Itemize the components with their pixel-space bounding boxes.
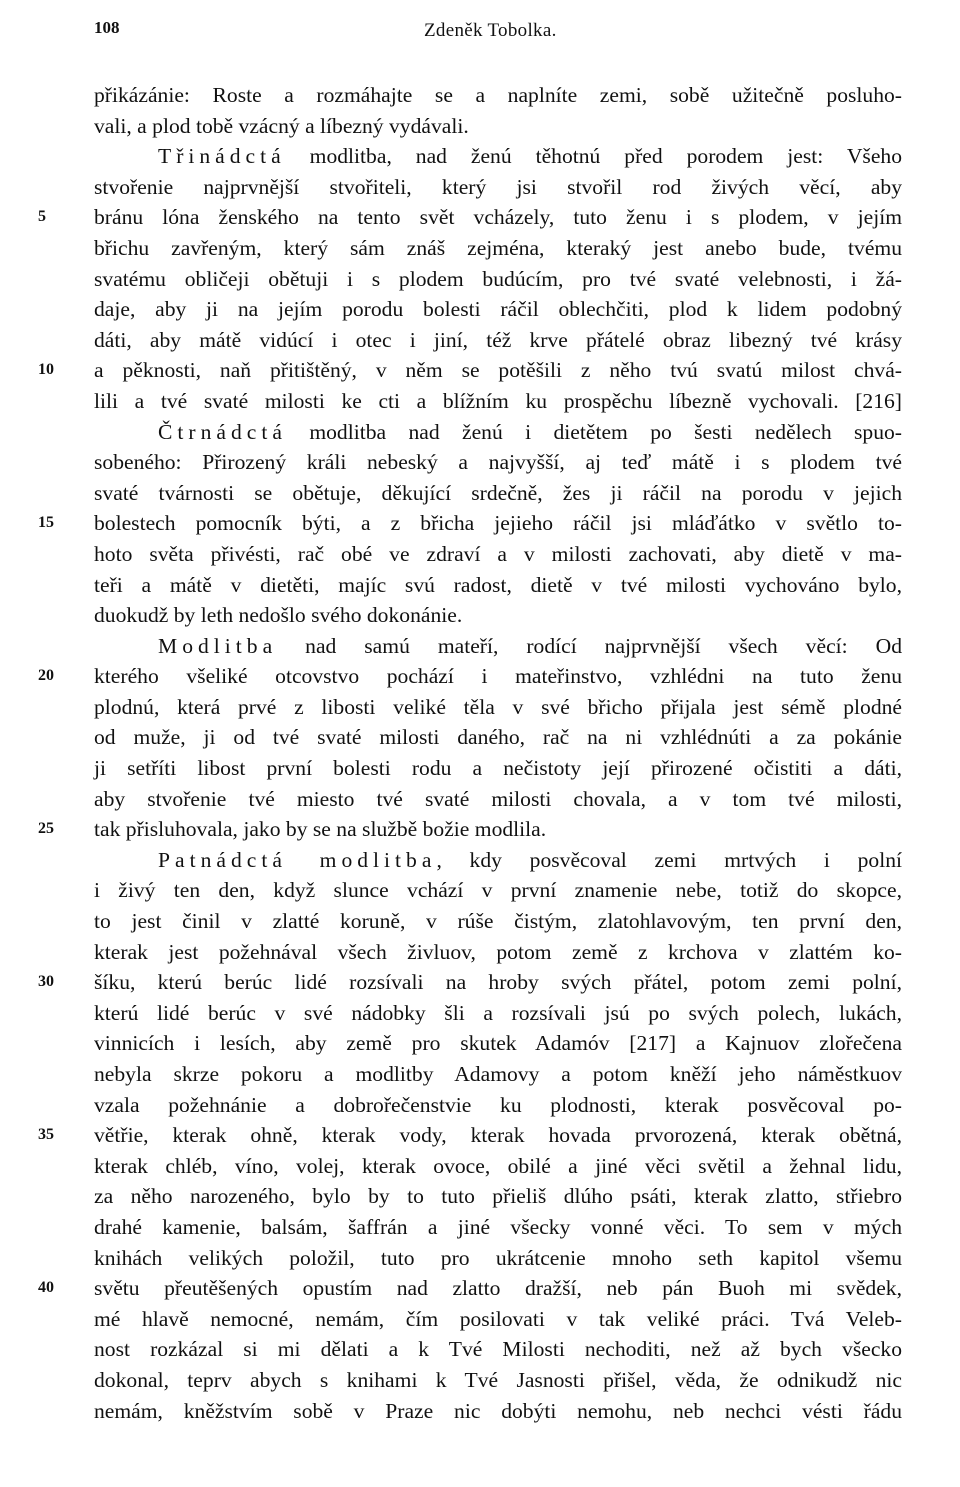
line-text: to jest činil v zlatté koruně, v rúše či… xyxy=(94,909,902,933)
line-number: 30 xyxy=(38,967,84,998)
line-text: i živý ten den, když slunce vchází v prv… xyxy=(94,878,902,902)
line-text: bránu lóna ženského na tento svět vcháze… xyxy=(94,205,902,229)
line-text: modlitba, nad ženú těhotnú před porodem … xyxy=(286,144,902,168)
line-text: drahé kamenie, balsám, šaffrán a jiné vš… xyxy=(94,1215,902,1239)
text-line: Čtrnádctá modlitba nad ženú i dietětem p… xyxy=(94,417,902,448)
text-line: vzala požehnánie a dobrořečenstvie ku pl… xyxy=(94,1090,902,1121)
line-text: hoto světa přivésti, rač obé ve zdraví a… xyxy=(94,542,902,566)
text-line: 10a pěknosti, naň přitištěný, v něm se p… xyxy=(94,355,902,386)
text-line: přikázánie: Roste a rozmáhajte se a napl… xyxy=(94,80,902,111)
line-text: tak přisluhovala, jako by se na službě b… xyxy=(94,817,546,841)
line-text: šíku, kterú berúc lidé rozsívali na hrob… xyxy=(94,970,902,994)
line-text: svaté tvárnosti se obětuje, děkující srd… xyxy=(94,481,902,505)
line-text: kterého všeliké otcovstvo pochází i mate… xyxy=(94,664,902,688)
line-text: lili a tvé svaté milosti ke cti a blížní… xyxy=(94,389,902,413)
text-line: ji setříti libost první bolesti rodu a n… xyxy=(94,753,902,784)
line-text: bolestech pomocník býti, a z břicha jeji… xyxy=(94,511,902,535)
line-text: aby stvořenie tvé miesto tvé svaté milos… xyxy=(94,787,902,811)
text-line: hoto světa přivésti, rač obé ve zdraví a… xyxy=(94,539,902,570)
text-line: aby stvořenie tvé miesto tvé svaté milos… xyxy=(94,784,902,815)
line-number: 10 xyxy=(38,355,84,386)
text-line: daje, aby ji na jejím porodu bolesti ráč… xyxy=(94,294,902,325)
text-line: sobeného: Přirozený králi nebeský a najv… xyxy=(94,447,902,478)
text-line: vinnicích i lesích, aby země pro skutek … xyxy=(94,1028,902,1059)
text-line: stvořenie najprvnější stvořiteli, který … xyxy=(94,172,902,203)
text-line: kterak jest požehnával všech živluov, po… xyxy=(94,937,902,968)
line-text: dáti, aby mátě vidúcí i otec i jiní, též… xyxy=(94,328,902,352)
text-line: nemám, kněžstvím sobě v Praze nic dobýti… xyxy=(94,1396,902,1427)
line-text: plodnú, která prvé z libosti veliké těla… xyxy=(94,695,902,719)
line-text: kterú lidé berúc v své nádobky šli a roz… xyxy=(94,1001,902,1025)
text-line: svatému obličeji obětuji i s plodem budú… xyxy=(94,264,902,295)
page-number: 108 xyxy=(94,18,120,38)
line-text: modlitba nad ženú i dietětem po šesti ne… xyxy=(287,420,902,444)
line-text: kterak chléb, víno, volej, kterak ovoce,… xyxy=(94,1154,902,1178)
line-text: nebyla skrze pokoru a modlitby Adamovy a… xyxy=(94,1062,902,1086)
line-text: dokonal, teprv abych s knihami k Tvé Jas… xyxy=(94,1368,902,1392)
text-line: teři a mátě v dietěti, majíc svú radost,… xyxy=(94,570,902,601)
line-text: vinnicích i lesích, aby země pro skutek … xyxy=(94,1031,902,1055)
text-line: Modlitba nad samú mateří, rodící najprvn… xyxy=(94,631,902,662)
spaced-heading: Čtrnádctá xyxy=(158,420,287,444)
running-head: Zdeněk Tobolka. xyxy=(424,20,557,42)
text-line: kterú lidé berúc v své nádobky šli a roz… xyxy=(94,998,902,1029)
text-line: knihách velikých položil, tuto pro ukrát… xyxy=(94,1243,902,1274)
text-line: nost rozkázal si mi dělati a k Tvé Milos… xyxy=(94,1334,902,1365)
text-line: Třinádctá modlitba, nad ženú těhotnú pře… xyxy=(94,141,902,172)
text-line: 5bránu lóna ženského na tento svět vcház… xyxy=(94,202,902,233)
line-text: knihách velikých položil, tuto pro ukrát… xyxy=(94,1246,902,1270)
text-line: nebyla skrze pokoru a modlitby Adamovy a… xyxy=(94,1059,902,1090)
text-line: drahé kamenie, balsám, šaffrán a jiné vš… xyxy=(94,1212,902,1243)
text-line: 20kterého všeliké otcovstvo pochází i ma… xyxy=(94,661,902,692)
line-text: vzala požehnánie a dobrořečenstvie ku pl… xyxy=(94,1093,902,1117)
text-line: 30šíku, kterú berúc lidé rozsívali na hr… xyxy=(94,967,902,998)
text-line: duokudž by leth nedošlo svého dokonánie. xyxy=(94,600,902,631)
text-line: i živý ten den, když slunce vchází v prv… xyxy=(94,875,902,906)
line-text: větřie, kterak ohně, kterak vody, kterak… xyxy=(94,1123,902,1147)
line-text: duokudž by leth nedošlo svého dokonánie. xyxy=(94,603,462,627)
line-text: stvořenie najprvnější stvořiteli, který … xyxy=(94,175,902,199)
text-line: 40světu přeutěšených opustím nad zlatto … xyxy=(94,1273,902,1304)
spaced-heading: Modlitba xyxy=(158,634,277,658)
text-line: svaté tvárnosti se obětuje, děkující srd… xyxy=(94,478,902,509)
line-text: vali, a plod tobě vzácný a líbezný vydáv… xyxy=(94,114,469,138)
line-text: ji setříti libost první bolesti rodu a n… xyxy=(94,756,902,780)
line-text: svatému obličeji obětuji i s plodem budú… xyxy=(94,267,902,291)
line-text: přikázánie: Roste a rozmáhajte se a napl… xyxy=(94,83,902,107)
line-text: nad samú mateří, rodící najprvnější všec… xyxy=(277,634,902,658)
text-line: od muže, ji od tvé svaté milosti daného,… xyxy=(94,722,902,753)
text-line: za něho narozeného, bylo by to tuto přie… xyxy=(94,1181,902,1212)
line-number: 15 xyxy=(38,508,84,539)
text-line: 15bolestech pomocník býti, a z břicha je… xyxy=(94,508,902,539)
text-line: břichu zavřeným, který sám znáš zejména,… xyxy=(94,233,902,264)
text-line: dáti, aby mátě vidúcí i otec i jiní, též… xyxy=(94,325,902,356)
spaced-heading: Patnádctá modlitba xyxy=(158,848,436,872)
text-line: mé hlavě nemocné, nemám, čím posilovati … xyxy=(94,1304,902,1335)
text-line: to jest činil v zlatté koruně, v rúše či… xyxy=(94,906,902,937)
line-text: kterak jest požehnával všech živluov, po… xyxy=(94,940,902,964)
line-text: , kdy posvěcoval zemi mrtvých i polní xyxy=(436,848,902,872)
text-line: dokonal, teprv abych s knihami k Tvé Jas… xyxy=(94,1365,902,1396)
line-text: mé hlavě nemocné, nemám, čím posilovati … xyxy=(94,1307,902,1331)
text-line: Patnádctá modlitba, kdy posvěcoval zemi … xyxy=(94,845,902,876)
line-number: 25 xyxy=(38,814,84,845)
text-line: lili a tvé svaté milosti ke cti a blížní… xyxy=(94,386,902,417)
text-line: plodnú, která prvé z libosti veliké těla… xyxy=(94,692,902,723)
line-text: teři a mátě v dietěti, majíc svú radost,… xyxy=(94,573,902,597)
line-text: nost rozkázal si mi dělati a k Tvé Milos… xyxy=(94,1337,902,1361)
line-number: 5 xyxy=(38,202,84,233)
text-line: 35větřie, kterak ohně, kterak vody, kter… xyxy=(94,1120,902,1151)
line-text: za něho narozeného, bylo by to tuto přie… xyxy=(94,1184,902,1208)
line-text: sobeného: Přirozený králi nebeský a najv… xyxy=(94,450,902,474)
line-text: nemám, kněžstvím sobě v Praze nic dobýti… xyxy=(94,1399,902,1423)
line-text: daje, aby ji na jejím porodu bolesti ráč… xyxy=(94,297,902,321)
text-line: kterak chléb, víno, volej, kterak ovoce,… xyxy=(94,1151,902,1182)
text-line: vali, a plod tobě vzácný a líbezný vydáv… xyxy=(94,111,902,142)
line-text: světu přeutěšených opustím nad zlatto dr… xyxy=(94,1276,902,1300)
line-number: 35 xyxy=(38,1120,84,1151)
line-text: břichu zavřeným, který sám znáš zejména,… xyxy=(94,236,902,260)
page-header: 108 Zdeněk Tobolka. xyxy=(0,14,960,44)
body-text: přikázánie: Roste a rozmáhajte se a napl… xyxy=(94,80,902,1426)
line-number: 40 xyxy=(38,1273,84,1304)
line-text: a pěknosti, naň přitištěný, v něm se pot… xyxy=(94,358,902,382)
line-number: 20 xyxy=(38,661,84,692)
text-line: 25tak přisluhovala, jako by se na službě… xyxy=(94,814,902,845)
line-text: od muže, ji od tvé svaté milosti daného,… xyxy=(94,725,902,749)
spaced-heading: Třinádctá xyxy=(158,144,286,168)
